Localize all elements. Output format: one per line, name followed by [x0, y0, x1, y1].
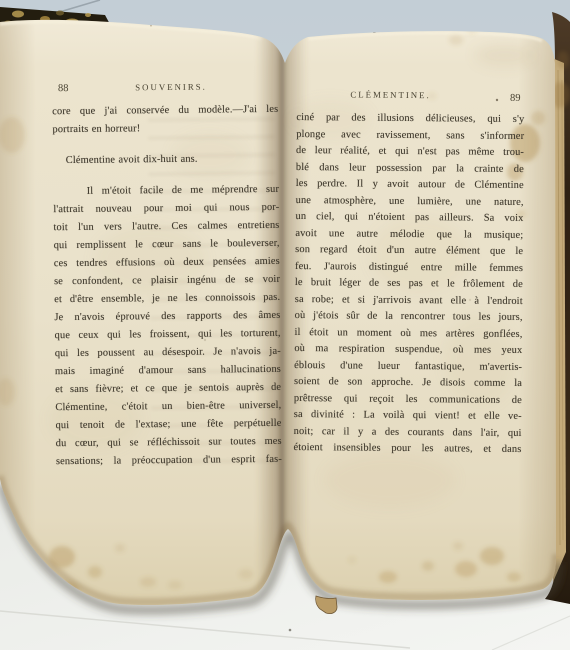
- text-line: sa divinité : La voilà qui vient! et ell…: [294, 407, 522, 425]
- text-line: Il m'étoit facile de me méprendre sur: [53, 181, 279, 201]
- right-page-header: CLÉMENTINE. 89: [296, 89, 524, 105]
- text-line: du cœur, qui se réfléchissoit sur toutes…: [56, 433, 282, 453]
- text-line: soient de son approche. Je disois comme …: [294, 374, 522, 392]
- text-line: qui tenoit de l'extase; une fête perpétu…: [55, 415, 281, 435]
- text-line: il étoit un moment où mes artères gonflé…: [294, 325, 522, 343]
- text-line: core que j'ai conservée du modèle.—J'ai …: [52, 101, 278, 121]
- left-page: 88 SOUVENIRS. core que j'ai conservée du…: [52, 81, 282, 471]
- right-page: CLÉMENTINE. 89 ciné par des illusions dé…: [293, 89, 524, 458]
- text-line: Je n'avois éprouvé des rapports des âmes: [54, 307, 280, 327]
- running-header-left: SOUVENIRS.: [52, 81, 278, 93]
- text-line: feu. J'aurois distingué entre mille femm…: [295, 259, 523, 277]
- text-line: où ma respiration suspendue, où mes yeux: [294, 341, 522, 359]
- left-page-header: 88 SOUVENIRS.: [52, 81, 278, 97]
- text-line: une atmosphère, une lumière, une nature,: [296, 193, 524, 211]
- text-line: que ceux qui les froissent, qui les tort…: [55, 325, 281, 345]
- text-line: où j'étois sûr de la rencontrer tous les…: [295, 308, 523, 326]
- text-line: sa robe; et si j'arrivois avant elle à l…: [295, 292, 523, 310]
- text-line: et sans fièvre; et ce que je sentois aup…: [55, 379, 281, 399]
- text-line: l'attrait nouveau pour moi qui nous por-: [53, 199, 279, 219]
- text-line: ciné par des illusions délicieuses, qui …: [296, 110, 524, 128]
- text-line: de leur réalité, et qui n'est pas même t…: [296, 143, 524, 161]
- text-line: se confondent, ce plaisir ingénu de se v…: [54, 271, 280, 291]
- text-line: toit l'un vers l'autre. Ces calmes entre…: [53, 217, 279, 237]
- text-line: blé dans leur possession par la crainte …: [296, 160, 524, 178]
- text-line: un ciel, qui n'étoient pas ailleurs. Sa …: [295, 209, 523, 227]
- book-photo: 88 SOUVENIRS. core que j'ai conservée du…: [0, 0, 570, 650]
- text-line: éblouis d'une lueur fantastique, m'avert…: [294, 358, 522, 376]
- text-line: Clémentine, c'étoit un bien-être univers…: [55, 397, 281, 417]
- running-header-right: CLÉMENTINE.: [297, 89, 485, 101]
- table-speck: [289, 629, 292, 632]
- text-line: étoient insensibles pour les autres, et …: [293, 440, 521, 458]
- text-line: mais imaginé d'amour sans hallucinations: [55, 361, 281, 381]
- text-line: qui remplissent le cœur sans le boulever…: [54, 235, 280, 255]
- left-page-body: core que j'ai conservée du modèle.—J'ai …: [52, 101, 282, 471]
- text-line: les perdre. Il y avoit autour de Clément…: [296, 176, 524, 194]
- text-line: ces tendres effusions où deux pensées am…: [54, 253, 280, 273]
- text-line: prêtresse qui reçoit les communications …: [294, 391, 522, 409]
- text-line: portraits en horreur!: [52, 119, 278, 139]
- text-line: le bruit léger de ses pas et le frôlemen…: [295, 275, 523, 293]
- text-line: noit; car il y a des courants dans l'air…: [294, 423, 522, 441]
- text-line: et d'être ensemble, je ne les connoissoi…: [54, 289, 280, 309]
- page-number-right: 89: [510, 93, 521, 104]
- text-line: son regard étoit d'un autre élément que …: [295, 242, 523, 260]
- text-line: qui les poussent au désespoir. Je n'avoi…: [55, 343, 281, 363]
- text-line: avoit une autre mélodie que la musique;: [295, 226, 523, 244]
- text-line: sensations; la préoccupation d'un esprit…: [56, 451, 282, 471]
- text-line: Clémentine avoit dix-huit ans.: [53, 150, 279, 170]
- right-page-body: ciné par des illusions délicieuses, qui …: [293, 110, 524, 458]
- text-line: plonge avec ravissement, sans s'informer: [296, 127, 524, 145]
